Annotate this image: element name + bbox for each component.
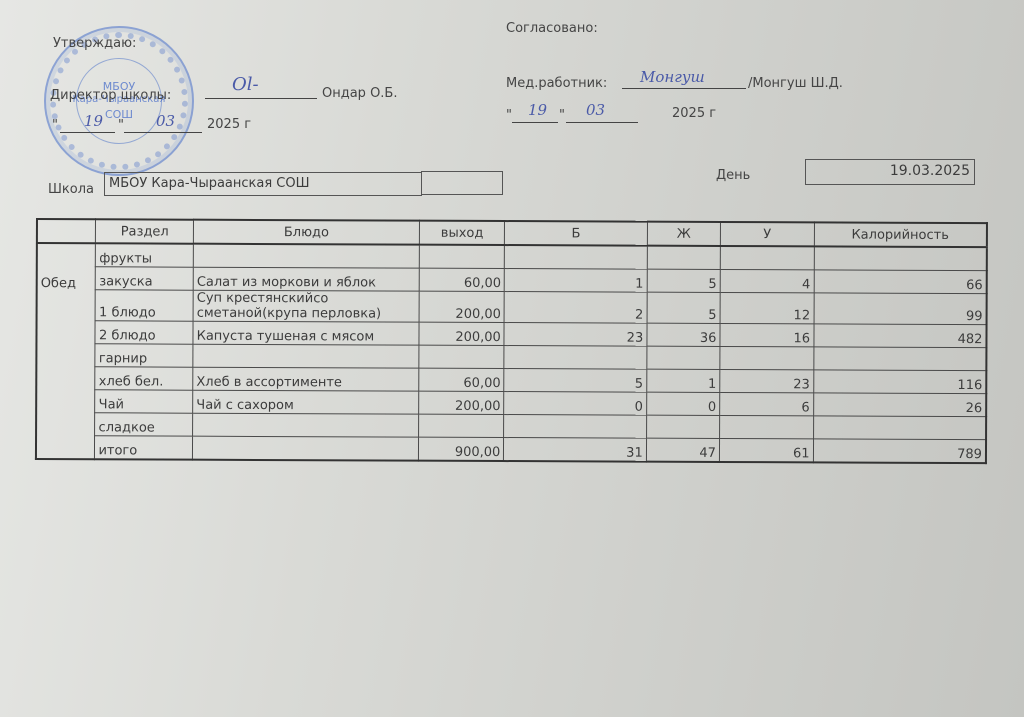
col-header-output: выход <box>419 221 505 245</box>
protein-cell <box>504 346 646 370</box>
section-cell: фрукты <box>96 243 194 267</box>
day-field: 19.03.2025 <box>805 159 975 185</box>
table-total-row: итого 900,00 31 47 61 789 <box>36 436 986 464</box>
calories-cell: 482 <box>813 324 986 348</box>
school-field: МБОУ Кара-Чыраанская СОШ <box>104 172 422 196</box>
dish-cell <box>193 413 419 437</box>
dish-cell <box>193 344 419 368</box>
med-signature-line <box>622 88 746 89</box>
fat-cell <box>646 415 719 438</box>
protein-cell <box>505 245 647 269</box>
dish-cell <box>193 244 419 268</box>
carbs-cell: 12 <box>720 292 814 323</box>
output-cell <box>419 245 505 269</box>
col-header-section: Раздел <box>96 219 194 243</box>
fat-cell: 47 <box>646 438 719 462</box>
section-cell: сладкое <box>95 413 193 436</box>
dish-cell: Хлеб в ассортименте <box>193 367 419 391</box>
day-value: 19.03.2025 <box>890 163 970 179</box>
protein-cell: 1 <box>505 269 647 293</box>
menu-table: Раздел Блюдо выход Б Ж У Калорийность Об… <box>35 218 988 464</box>
dish-cell <box>193 436 419 460</box>
section-cell: Чай <box>95 390 193 413</box>
fat-cell: 0 <box>646 392 719 415</box>
output-cell: 60,00 <box>419 368 505 391</box>
fat-cell: 1 <box>646 369 719 392</box>
calories-cell <box>813 416 986 440</box>
output-cell <box>418 414 504 437</box>
protein-cell: 2 <box>504 292 647 324</box>
school-value: МБОУ Кара-Чыраанская СОШ <box>109 176 310 191</box>
fat-cell <box>647 346 720 369</box>
director-label: Директор школы: <box>50 88 171 103</box>
dish-line-2: сметаной(крупа перловка) <box>197 306 416 322</box>
protein-cell: 31 <box>504 438 646 462</box>
carbs-cell <box>720 415 814 438</box>
section-cell: хлеб бел. <box>95 367 193 390</box>
left-date-month-line <box>124 132 202 133</box>
col-header-fat: Ж <box>647 222 720 246</box>
left-date-quote-open: " <box>52 118 58 133</box>
director-signature-line <box>205 98 317 99</box>
right-date-year: 2025 г <box>672 106 716 121</box>
carbs-cell: 23 <box>720 369 814 392</box>
section-cell: 2 блюдо <box>95 321 193 344</box>
med-signature: Монгуш <box>640 68 705 86</box>
calories-cell: 26 <box>813 393 986 417</box>
right-date-day-line <box>512 122 558 123</box>
protein-cell: 0 <box>504 392 646 416</box>
right-date-month-line <box>566 122 638 123</box>
left-date-month: 03 <box>156 112 175 130</box>
col-header-carbs: У <box>720 222 814 246</box>
right-date-day: 19 <box>528 101 547 119</box>
left-date-day-line <box>60 132 115 133</box>
director-signature: Ol- <box>232 74 259 95</box>
calories-cell <box>813 347 986 371</box>
right-date-month: 03 <box>586 101 605 119</box>
carbs-cell <box>720 246 814 270</box>
col-header-protein: Б <box>505 221 647 246</box>
med-worker-label: Мед.работник: <box>506 76 607 91</box>
section-cell: итого <box>95 436 193 460</box>
dish-cell: Капуста тушеная с мясом <box>193 321 419 345</box>
meal-cell: Обед <box>36 243 96 459</box>
school-label: Школа <box>48 182 94 197</box>
col-header-dish: Блюдо <box>194 220 420 245</box>
protein-cell: 5 <box>504 369 646 393</box>
col-header-meal <box>37 219 96 243</box>
dish-cell: Чай с сахором <box>193 390 419 414</box>
calories-cell: 789 <box>813 439 986 463</box>
left-date-quote-close: " <box>118 118 124 133</box>
col-header-calories: Калорийность <box>814 222 987 247</box>
table-row: 1 блюдо Суп крестянскийсо сметаной(крупа… <box>37 290 987 325</box>
left-date-year: 2025 г <box>207 117 251 132</box>
output-cell: 900,00 <box>418 437 504 461</box>
fat-cell <box>647 246 720 270</box>
left-date-day: 19 <box>84 112 103 130</box>
calories-cell: 116 <box>813 370 986 394</box>
dish-cell: Суп крестянскийсо сметаной(крупа перловк… <box>193 290 419 322</box>
output-cell: 60,00 <box>419 268 505 291</box>
right-date-quote-close: " <box>559 108 565 123</box>
director-name: Ондар О.Б. <box>322 86 398 101</box>
section-cell: закуска <box>96 267 194 290</box>
output-cell: 200,00 <box>419 322 505 345</box>
output-cell: 200,00 <box>419 391 505 414</box>
protein-cell: 23 <box>504 323 646 347</box>
section-cell: гарнир <box>95 344 193 367</box>
right-date-quote-open: " <box>506 108 512 123</box>
carbs-cell: 6 <box>720 392 814 415</box>
output-cell: 200,00 <box>419 291 505 322</box>
carbs-cell: 4 <box>720 269 814 292</box>
output-cell <box>419 345 505 368</box>
dish-cell: Салат из моркови и яблок <box>193 267 419 291</box>
school-extra-field <box>421 171 503 195</box>
approve-label: Утверждаю: <box>53 36 136 51</box>
dish-line-1: Суп крестянскийсо <box>197 291 416 307</box>
carbs-cell: 61 <box>719 438 813 462</box>
fat-cell: 5 <box>647 292 720 323</box>
day-label: День <box>716 168 750 183</box>
carbs-cell: 16 <box>720 323 814 346</box>
protein-cell <box>504 415 646 439</box>
agreed-label: Согласовано: <box>506 21 598 36</box>
calories-cell: 99 <box>814 293 987 325</box>
section-cell: 1 блюдо <box>96 290 194 321</box>
carbs-cell <box>720 346 814 369</box>
fat-cell: 36 <box>647 323 720 346</box>
calories-cell: 66 <box>814 270 987 294</box>
calories-cell <box>814 246 987 270</box>
fat-cell: 5 <box>647 269 720 292</box>
med-worker-name: /Монгуш Ш.Д. <box>748 76 843 91</box>
